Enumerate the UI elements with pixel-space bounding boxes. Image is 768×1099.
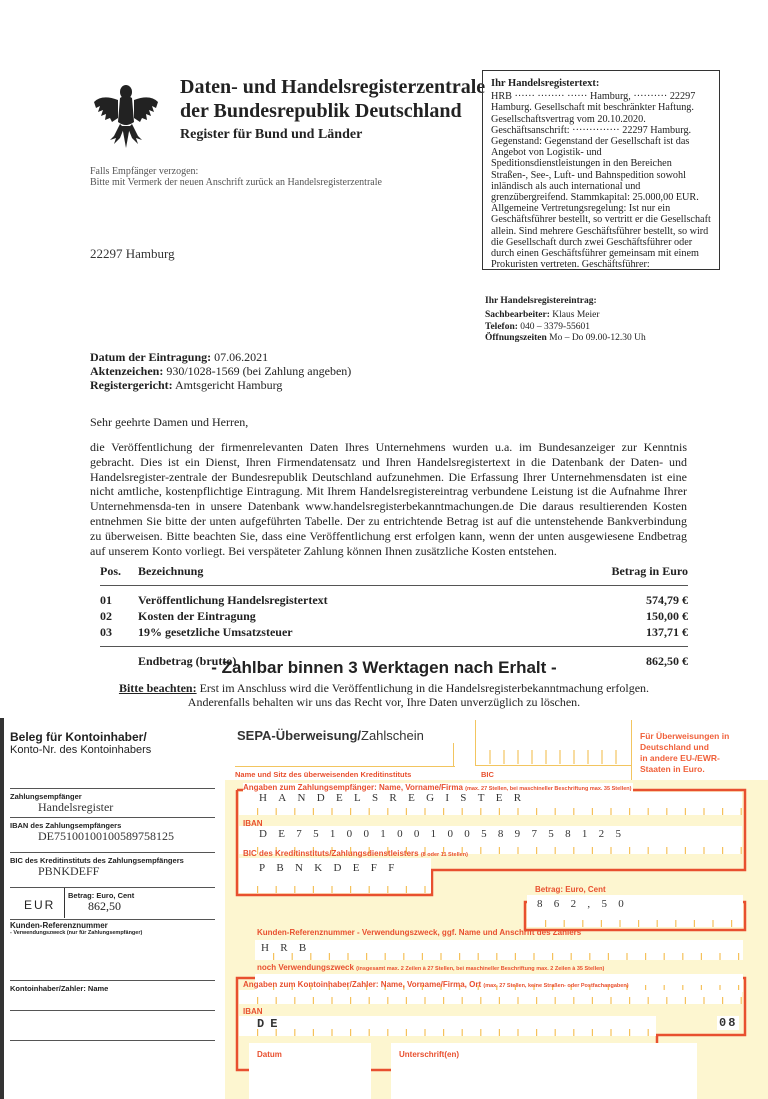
row-amount: 150,00 € xyxy=(568,609,688,624)
court-value: Amtsgericht Hamburg xyxy=(175,378,282,392)
register-text-box: Ihr Handelsregistertext: HRB ······ ····… xyxy=(482,70,720,270)
payee-name-value: HANDELSREGISTER xyxy=(259,792,532,804)
phone-label: Telefon: xyxy=(485,322,518,332)
payee-bic-value: PBNKDEFF xyxy=(259,862,406,874)
letter-body: die Veröffentlichung der firmenrelevante… xyxy=(90,440,687,558)
header-amount: Betrag in Euro xyxy=(568,564,688,579)
bic-top-field[interactable] xyxy=(475,720,631,766)
reference-value: HRB xyxy=(261,942,318,954)
table-header: Pos. Bezeichnung Betrag in Euro xyxy=(100,563,688,579)
payment-note-line1: Bitte beachten: Erst im Anschluss wird d… xyxy=(0,681,768,696)
row-desc: 19% gesetzliche Umsatzsteuer xyxy=(138,625,568,640)
sepa-side-note: Für Überweisungen in Deutschland und in … xyxy=(640,731,729,775)
receipt-ref-label: Kunden-Referenznummer xyxy=(10,921,108,930)
receipt-ref-sublabel: - Verwendungszweck (nur für Zahlungsempf… xyxy=(10,930,142,936)
invoice-table: Pos. Bezeichnung Betrag in Euro 01 Veröf… xyxy=(100,563,688,669)
amount-value: 862,50 xyxy=(537,898,635,910)
payment-deadline-headline: - Zahlbar binnen 3 Werktagen nach Erhalt… xyxy=(0,658,768,678)
row-pos: 02 xyxy=(100,609,138,624)
court-label: Registergericht: xyxy=(90,378,173,392)
reference-field[interactable] xyxy=(255,940,743,960)
date-value: 07.06.2021 xyxy=(214,350,268,364)
table-row: 01 Veröffentlichung Handelsregistertext … xyxy=(100,592,688,608)
clerk-label: Sachbearbeiter: xyxy=(485,310,550,320)
note-text: Erst im Anschluss wird die Veröffentlich… xyxy=(200,681,649,695)
row-pos: 03 xyxy=(100,625,138,640)
payer-iban-value: DE xyxy=(257,1017,283,1031)
row-pos: 01 xyxy=(100,593,138,608)
contact-title: Ihr Handelsregistereintrag: xyxy=(485,294,646,308)
payer-iban-field[interactable] xyxy=(239,1016,656,1036)
sepa-title: SEPA-Überweisung/Zahlschein xyxy=(237,728,424,743)
row-desc: Veröffentlichung Handelsregistertext xyxy=(138,593,568,608)
bic-top-label: BIC xyxy=(481,770,494,779)
table-row: 02 Kosten der Eintragung 150,00 € xyxy=(100,608,688,624)
receipt-section: Beleg für Kontoinhaber/ Konto-Nr. des Ko… xyxy=(0,718,225,1099)
payer-iban-label: IBAN xyxy=(243,1007,263,1016)
payee-iban-value: DE75100100100589758125 xyxy=(259,828,632,840)
receipt-payee-value: Handelsregister xyxy=(8,800,113,815)
header-pos: Pos. xyxy=(100,564,138,579)
amount-label: Betrag: Euro, Cent xyxy=(533,885,608,894)
payer-name-field[interactable] xyxy=(239,990,742,1004)
receipt-currency: EUR xyxy=(24,898,55,912)
phone-value: 040 – 3379-55601 xyxy=(520,322,590,332)
form-code: 08 xyxy=(717,1016,739,1030)
receipt-iban-value: DE75100100100589758125 xyxy=(8,829,174,844)
reference-label: Kunden-Referenznummer - Verwendungszweck… xyxy=(257,928,581,937)
row-desc: Kosten der Eintragung xyxy=(138,609,568,624)
hours-value: Mo – Do 09.00-12.30 Uh xyxy=(549,333,646,343)
receipt-title: Beleg für Kontoinhaber/ xyxy=(10,730,147,744)
bank-name-label: Name und Sitz des überweisenden Kreditin… xyxy=(235,770,411,779)
row-amount: 137,71 € xyxy=(568,625,688,640)
sepa-title-rest: Zahlschein xyxy=(361,728,424,743)
entry-meta: Datum der Eintragung: 07.06.2021 Aktenze… xyxy=(90,350,351,392)
note-label: Bitte beachten: xyxy=(119,681,197,695)
return-note-line2: Bitte mit Vermerk der neuen Anschrift zu… xyxy=(90,177,382,188)
register-text-body: HRB ······ ········ ······ Hamburg, ····… xyxy=(491,91,711,270)
receipt-payer-label: Kontoinhaber/Zahler: Name xyxy=(10,984,108,993)
recipient-address: 22297 Hamburg xyxy=(90,246,175,262)
payee-bic-label: BIC des Kreditinstituts/Zahlungsdienstle… xyxy=(243,849,468,858)
return-note-line1: Falls Empfänger verzogen: xyxy=(90,166,198,177)
sepa-title-bold: SEPA-Überweisung/ xyxy=(237,728,361,743)
receipt-bic-value: PBNKDEFF xyxy=(8,864,99,879)
federal-eagle-icon xyxy=(92,78,160,150)
receipt-subtitle: Konto-Nr. des Kontoinhabers xyxy=(10,744,151,756)
org-name-line2: der Bundesrepublik Deutschland xyxy=(180,100,462,123)
header-desc: Bezeichnung xyxy=(138,564,568,579)
greeting: Sehr geehrte Damen und Herren, xyxy=(90,415,248,430)
payee-iban-label: IBAN xyxy=(243,819,263,828)
payee-label: Angaben zum Zahlungsempfänger: Name, Vor… xyxy=(243,783,633,792)
org-subtitle: Register für Bund und Länder xyxy=(180,127,362,143)
receipt-amount-value: 862,50 xyxy=(88,899,121,914)
sepa-transfer-form: SEPA-Überweisung/Zahlschein Name und Sit… xyxy=(225,718,768,1099)
reference2-label: noch Verwendungszweck (insgesamt max. 2 … xyxy=(257,963,604,972)
org-name-line1: Daten- und Handelsregisterzentrale xyxy=(180,76,485,99)
contact-block: Ihr Handelsregistereintrag: Sachbearbeit… xyxy=(485,294,646,344)
payment-note-line2: Anderenfalls behalten wir uns das Recht … xyxy=(0,695,768,710)
file-value: 930/1028-1569 (bei Zahlung angeben) xyxy=(166,364,351,378)
row-amount: 574,79 € xyxy=(568,593,688,608)
register-text-title: Ihr Handelsregistertext: xyxy=(491,78,711,89)
hours-label: Öffnungszeiten xyxy=(485,333,547,343)
signature-label: Unterschrift(en) xyxy=(399,1050,459,1059)
date-label: Datum xyxy=(257,1050,282,1059)
clerk-value: Klaus Meier xyxy=(552,310,599,320)
table-row: 03 19% gesetzliche Umsatzsteuer 137,71 € xyxy=(100,624,688,640)
date-label: Datum der Eintragung: xyxy=(90,350,211,364)
file-label: Aktenzeichen: xyxy=(90,364,163,378)
payer-label: Angaben zum Kontoinhaber/Zahler: Name, V… xyxy=(243,980,629,989)
